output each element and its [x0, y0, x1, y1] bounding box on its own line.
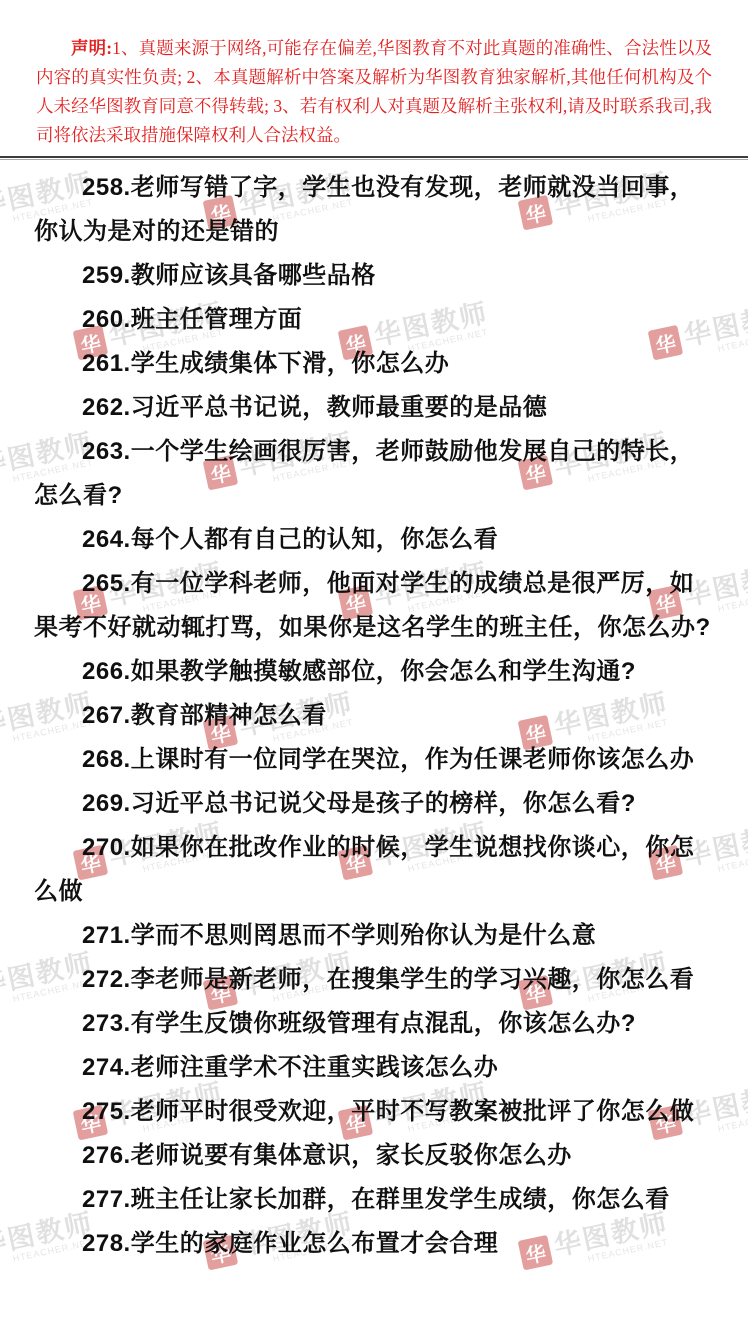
question-item: 259.教师应该具备哪些品格 [34, 254, 714, 298]
question-item: 276.老师说要有集体意识，家长反驳你怎么办 [34, 1134, 714, 1178]
question-item: 266.如果教学触摸敏感部位，你会怎么和学生沟通? [34, 650, 714, 694]
question-item: 272.李老师是新老师，在搜集学生的学习兴趣，你怎么看 [34, 958, 714, 1002]
question-item: 262.习近平总书记说，教师最重要的是品德 [34, 386, 714, 430]
disclaimer-label: 声明: [71, 38, 112, 58]
disclaimer-text: 1、真题来源于网络,可能存在偏差,华图教育不对此真题的准确性、合法性以及内容的真… [36, 38, 712, 145]
question-item: 263.一个学生绘画很厉害，老师鼓励他发展自己的特长，怎么看? [34, 430, 714, 518]
question-item: 274.老师注重学术不注重实践该怎么办 [34, 1046, 714, 1090]
document-content: 声明:1、真题来源于网络,可能存在偏差,华图教育不对此真题的准确性、合法性以及内… [0, 34, 748, 1266]
question-item: 261.学生成绩集体下滑，你怎么办 [34, 342, 714, 386]
document-page: 华华图教师HTEACHER.NET华华图教师HTEACHER.NET华华图教师H… [0, 0, 748, 1335]
question-item: 267.教育部精神怎么看 [34, 694, 714, 738]
question-item: 265.有一位学科老师，他面对学生的成绩总是很严厉，如果考不好就动辄打骂，如果你… [34, 562, 714, 650]
question-item: 275.老师平时很受欢迎，平时不写教案被批评了你怎么做 [34, 1090, 714, 1134]
question-item: 258.老师写错了字，学生也没有发现，老师就没当回事，你认为是对的还是错的 [34, 166, 714, 254]
disclaimer: 声明:1、真题来源于网络,可能存在偏差,华图教育不对此真题的准确性、合法性以及内… [36, 34, 712, 150]
question-item: 270.如果你在批改作业的时候，学生说想找你谈心，你怎么做 [34, 826, 714, 914]
question-item: 260.班主任管理方面 [34, 298, 714, 342]
question-item: 264.每个人都有自己的认知，你怎么看 [34, 518, 714, 562]
question-list: 258.老师写错了字，学生也没有发现，老师就没当回事，你认为是对的还是错的259… [0, 160, 748, 1266]
question-item: 271.学而不思则罔思而不学则殆你认为是什么意 [34, 914, 714, 958]
question-item: 269.习近平总书记说父母是孩子的榜样，你怎么看? [34, 782, 714, 826]
question-item: 273.有学生反馈你班级管理有点混乱，你该怎么办? [34, 1002, 714, 1046]
question-item: 268.上课时有一位同学在哭泣，作为任课老师你该怎么办 [34, 738, 714, 782]
question-item: 277.班主任让家长加群，在群里发学生成绩，你怎么看 [34, 1178, 714, 1222]
question-item: 278.学生的家庭作业怎么布置才会合理 [34, 1222, 714, 1266]
